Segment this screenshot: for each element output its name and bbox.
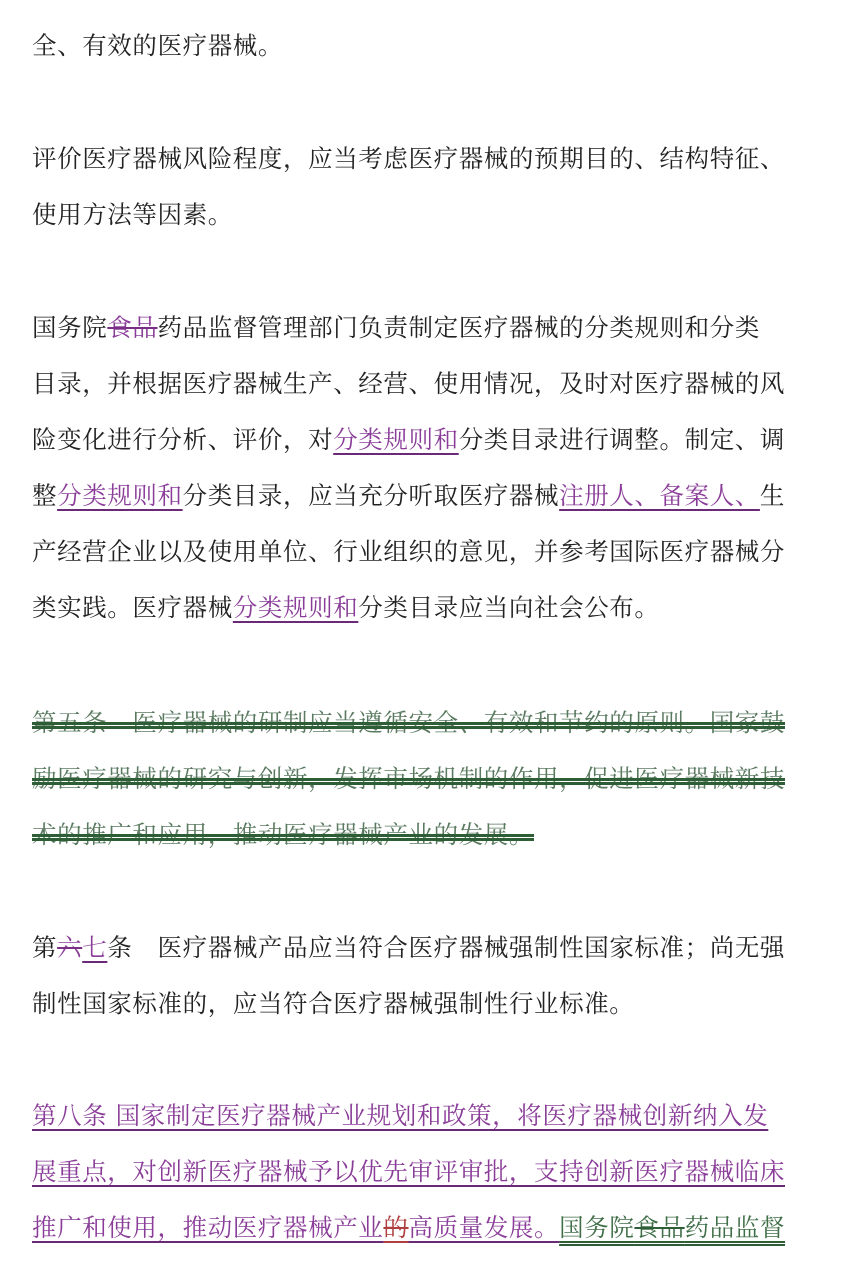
text-line: 目录，并根据医疗器械生产、经营、使用情况，及时对医疗器械的风 [32,356,784,412]
text-run: 国务院 [32,313,107,342]
inserted-text: 注册人、备案人、 [559,481,760,510]
text-line: 第五条 医疗器械的研制应当遵循安全、有效和节约的原则。国家鼓 [32,695,784,751]
text-line: 全、有效的医疗器械。 [32,18,784,74]
text-line: 制性国家标准的，应当符合医疗器械强制性行业标准。 [32,976,784,1032]
inserted-text: 分类规则和 [57,481,183,510]
text-line: 国务院食品药品监督管理部门负责制定医疗器械的分类规则和分类 [32,300,784,356]
inserted-text: 高质量发展。 [409,1213,560,1242]
text-line: 励医疗器械的研究与创新，发挥市场机制的作用，促进医疗器械新技 [32,751,784,807]
inserted-text: 食品 [634,1213,684,1242]
text-line: 术的推广和应用，推动医疗器械产业的发展。 [32,807,784,863]
text-run: 分类目录应当向社会公布。 [358,593,659,622]
inserted-text: 国务院 [559,1213,634,1242]
text-run: 第 [32,933,57,962]
deleted-text: 食品 [107,313,157,342]
text-line: 展重点，对创新医疗器械予以优先审评审批，支持创新医疗器械临床 [32,1144,784,1200]
inserted-text: 展重点，对创新医疗器械予以优先审评审批，支持创新医疗器械临床 [32,1157,785,1186]
text-line: 评价医疗器械风险程度，应当考虑医疗器械的预期目的、结构特征、 [32,131,784,187]
paragraph-1: 全、有效的医疗器械。 [32,18,784,74]
inserted-text: 药品监督 [685,1213,785,1242]
deleted-text: 食品 [634,1213,684,1242]
paragraph-classification: 国务院食品药品监督管理部门负责制定医疗器械的分类规则和分类 目录，并根据医疗器械… [32,300,784,636]
text-line: 整分类规则和分类目录，应当充分听取医疗器械注册人、备案人、生 [32,468,784,524]
inserted-text: 的 [383,1213,408,1242]
deleted-text: 的 [383,1213,408,1242]
text-run: 整 [32,481,57,510]
text-line: 产经营企业以及使用单位、行业组织的意见，并参考国际医疗器械分 [32,524,784,580]
inserted-text: 分类规则和 [333,425,459,454]
text-run: 生 [760,481,785,510]
paragraph-article-8-inserted: 第八条 国家制定医疗器械产业规划和政策，将医疗器械创新纳入发 展重点，对创新医疗… [32,1088,784,1256]
text-run: 分类目录进行调整。制定、调 [459,425,785,454]
deleted-text: 六 [57,933,82,962]
deleted-text: 术的推广和应用，推动医疗器械产业的发展。 [32,820,534,849]
text-line: 第八条 国家制定医疗器械产业规划和政策，将医疗器械创新纳入发 [32,1088,784,1144]
inserted-text: 七 [82,933,107,962]
text-line: 使用方法等因素。 [32,187,784,243]
text-line: 推广和使用，推动医疗器械产业的高质量发展。国务院食品药品监督 [32,1200,784,1256]
inserted-text: 第八条 国家制定医疗器械产业规划和政策，将医疗器械创新纳入发 [32,1101,768,1130]
deleted-text: 第五条 医疗器械的研制应当遵循安全、有效和节约的原则。国家鼓 [32,708,785,737]
paragraph-article-5-deleted: 第五条 医疗器械的研制应当遵循安全、有效和节约的原则。国家鼓 励医疗器械的研究与… [32,695,784,863]
inserted-text: 推广和使用，推动医疗器械产业 [32,1213,383,1242]
text-run: 药品监督管理部门负责制定医疗器械的分类规则和分类 [158,313,760,342]
paragraph-risk-evaluation: 评价医疗器械风险程度，应当考虑医疗器械的预期目的、结构特征、 使用方法等因素。 [32,131,784,243]
text-line: 类实践。医疗器械分类规则和分类目录应当向社会公布。 [32,580,784,636]
text-run: 险变化进行分析、评价，对 [32,425,333,454]
inserted-text: 分类规则和 [233,593,359,622]
text-line: 第六七条 医疗器械产品应当符合医疗器械强制性国家标准；尚无强 [32,920,784,976]
paragraph-article-7: 第六七条 医疗器械产品应当符合医疗器械强制性国家标准；尚无强 制性国家标准的，应… [32,920,784,1032]
deleted-text: 励医疗器械的研究与创新，发挥市场机制的作用，促进医疗器械新技 [32,764,785,793]
text-run: 分类目录，应当充分听取医疗器械 [183,481,560,510]
text-run: 条 医疗器械产品应当符合医疗器械强制性国家标准；尚无强 [107,933,785,962]
text-line: 险变化进行分析、评价，对分类规则和分类目录进行调整。制定、调 [32,412,784,468]
text-run: 类实践。医疗器械 [32,593,233,622]
